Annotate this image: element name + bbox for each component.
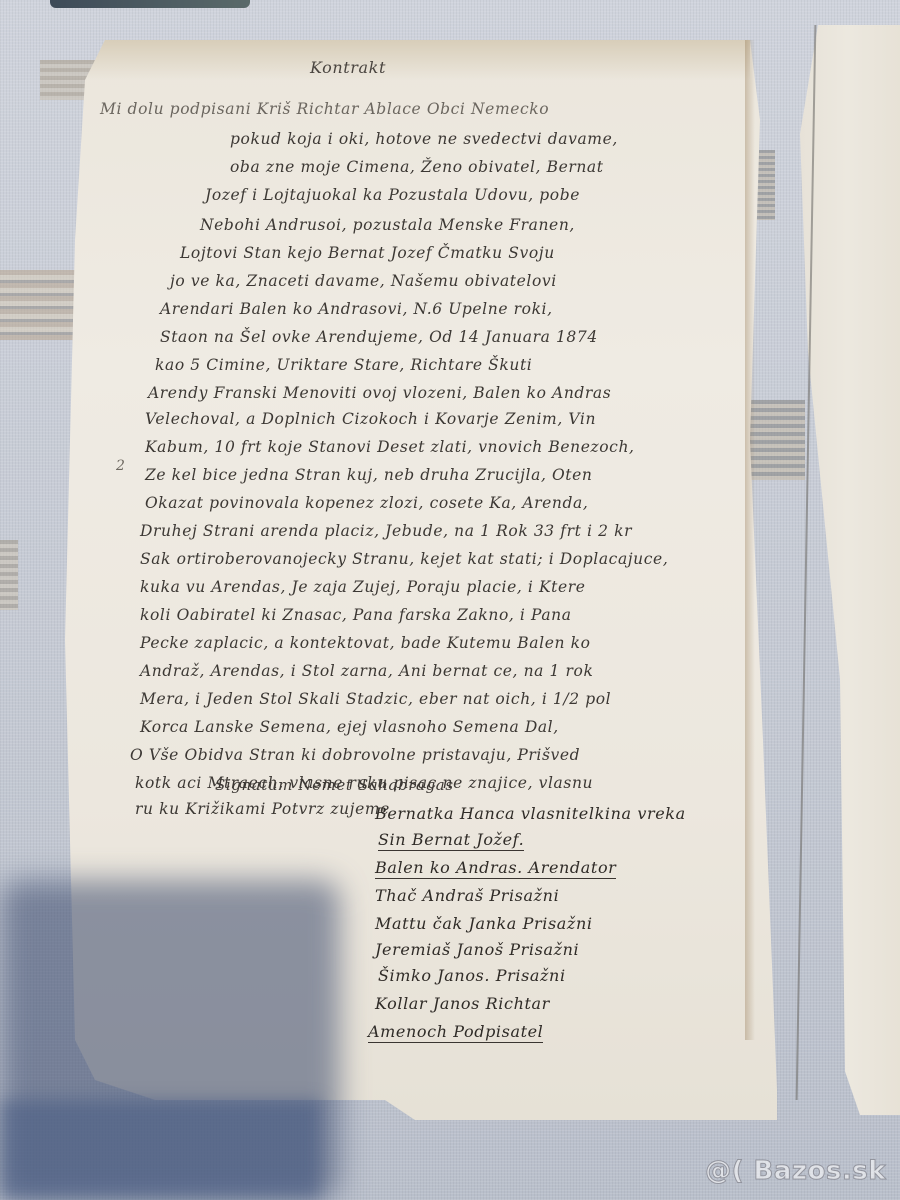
text-line: Arendari Balen ko Andrasovi, N.6 Upelne … bbox=[160, 300, 553, 318]
background-object bbox=[50, 0, 250, 8]
text-line: ru ku Križikami Potvrz zujeme bbox=[135, 800, 390, 818]
fabric-stripe bbox=[0, 540, 18, 610]
paper-stain bbox=[35, 40, 785, 80]
closing-line: Signatum Nemet Sahabragas bbox=[215, 776, 454, 794]
text-line: pokud koja i oki, hotove ne svedectvi da… bbox=[230, 130, 618, 148]
text-line: Mi dolu podpisani Kriš Richtar Ablace Ob… bbox=[100, 100, 549, 118]
text-line: Jozef i Lojtajuokal ka Pozustala Udovu, … bbox=[205, 186, 580, 204]
text-line: Staon na Šel ovke Arendujeme, Od 14 Janu… bbox=[160, 328, 598, 346]
signature: Jeremiaš Janoš Prisažni bbox=[375, 940, 579, 959]
text-line: Ze kel bice jedna Stran kuj, neb druha Z… bbox=[145, 466, 593, 484]
signature: Balen ko Andras. Arendator bbox=[375, 858, 616, 879]
fabric-stripe bbox=[0, 270, 80, 340]
text-line: Druhej Strani arenda placiz, Jebude, na … bbox=[140, 522, 632, 540]
text-line: Velechoval, a Doplnich Cizokoch i Kovarj… bbox=[145, 410, 596, 428]
text-line: Sak ortiroberovanojecky Stranu, kejet ka… bbox=[140, 550, 668, 568]
text-line: Mera, i Jeden Stol Skali Stadzic, eber n… bbox=[140, 690, 611, 708]
bazos-watermark: @( Bazos.sk bbox=[705, 1156, 886, 1186]
signature: Thač Andraš Prisažni bbox=[375, 886, 559, 905]
signature: Mattu čak Janka Prisažni bbox=[375, 914, 593, 933]
text-line: kuka vu Arendas, Je zaja Zujej, Poraju p… bbox=[140, 578, 586, 596]
text-line: O Vše Obidva Stran ki dobrovolne pristav… bbox=[130, 746, 580, 764]
signature: Sin Bernat Jožef. bbox=[378, 830, 524, 851]
text-line: Kabum, 10 frt koje Stanovi Deset zlati, … bbox=[145, 438, 635, 456]
second-paper-sheet bbox=[800, 25, 900, 1115]
text-line: Andraž, Arendas, i Stol zarna, Ani berna… bbox=[140, 662, 593, 680]
paper-edge bbox=[745, 40, 755, 1040]
text-line: kao 5 Cimine, Uriktare Stare, Richtare Š… bbox=[155, 356, 532, 374]
text-line: jo ve ka, Znaceti davame, Našemu obivate… bbox=[170, 272, 557, 290]
text-line: Nebohi Andrusoi, pozustala Menske Franen… bbox=[200, 216, 575, 234]
text-line: Pecke zaplacic, a kontektovat, bade Kute… bbox=[140, 634, 591, 652]
signature: Bernatka Hanca vlasnitelkina vreka bbox=[375, 804, 686, 823]
text-line: koli Oabiratel ki Znasac, Pana farska Za… bbox=[140, 606, 572, 624]
signature: Kollar Janos Richtar bbox=[375, 994, 550, 1013]
text-line: Okazat povinovala kopenez zlozi, cosete … bbox=[145, 494, 588, 512]
signature: Šimko Janos. Prisažni bbox=[378, 966, 566, 985]
photo-shadow bbox=[0, 1100, 320, 1200]
margin-note: 2 bbox=[116, 458, 125, 474]
text-line: Lojtovi Stan kejo Bernat Jozef Čmatku Sv… bbox=[180, 244, 555, 262]
text-line: Korca Lanske Semena, ejej vlasnoho Semen… bbox=[140, 718, 559, 736]
text-line: oba zne moje Cimena, Ženo obivatel, Bern… bbox=[230, 158, 604, 176]
text-line: Arendy Franski Menoviti ovoj vlozeni, Ba… bbox=[148, 384, 611, 402]
signature: Amenoch Podpisatel bbox=[368, 1022, 543, 1043]
document-title: Kontrakt bbox=[310, 58, 386, 77]
